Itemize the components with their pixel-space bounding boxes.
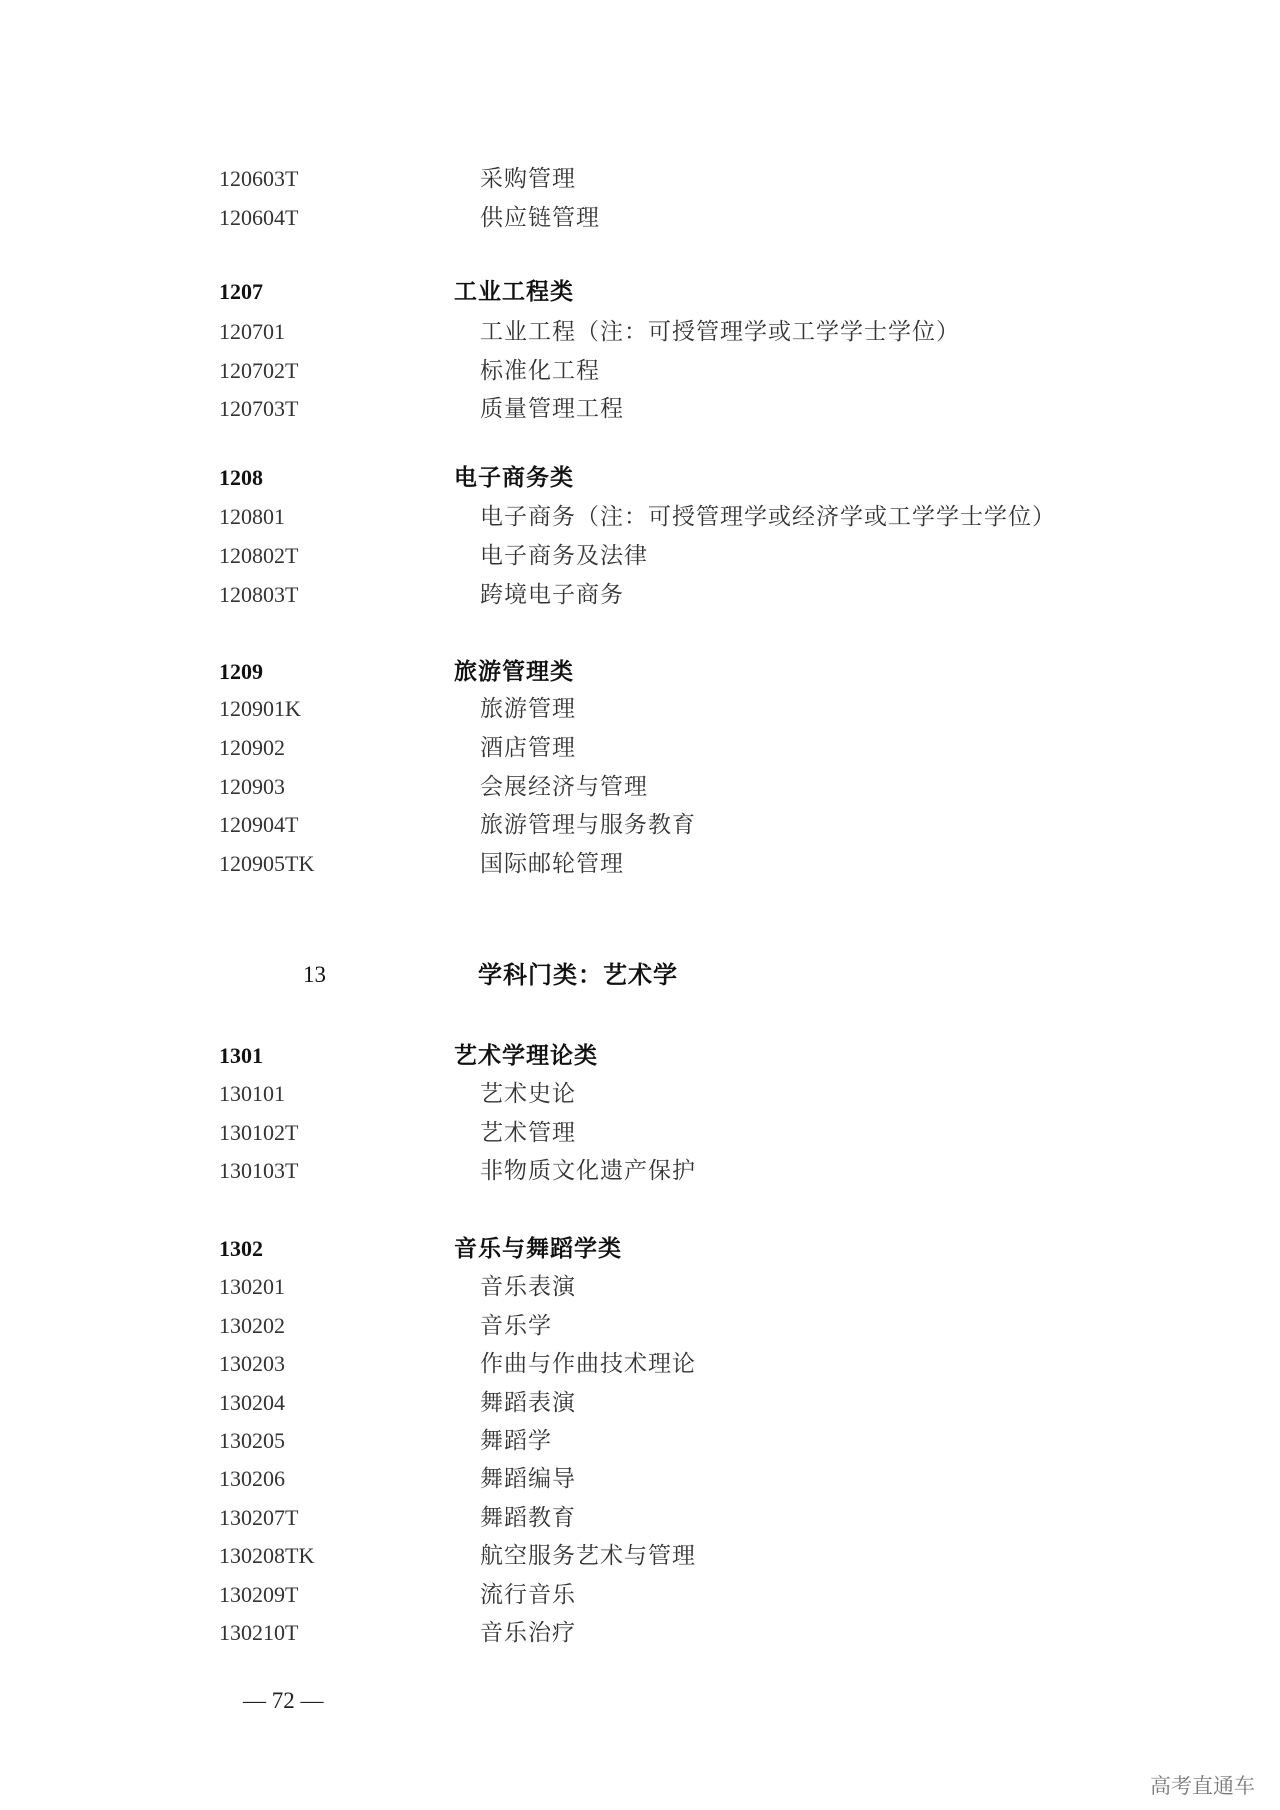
major-code: 130206 — [219, 1464, 285, 1494]
major-name: 作曲与作曲技术理论 — [480, 1349, 696, 1379]
major-row: 130202音乐学 — [0, 1311, 1280, 1341]
major-row: 130209T流行音乐 — [0, 1580, 1280, 1610]
major-row: 120904T旅游管理与服务教育 — [0, 810, 1280, 840]
major-name: 旅游管理与服务教育 — [480, 810, 696, 840]
major-name: 会展经济与管理 — [480, 772, 648, 802]
major-code: 120901K — [219, 694, 301, 724]
major-name: 音乐表演 — [480, 1272, 576, 1302]
major-row: 130207T舞蹈教育 — [0, 1503, 1280, 1533]
discipline-number: 13 — [303, 960, 326, 990]
major-name: 流行音乐 — [480, 1580, 576, 1610]
major-name: 艺术管理 — [480, 1118, 576, 1148]
category-row: 1209旅游管理类 — [0, 657, 1280, 687]
major-name: 艺术史论 — [480, 1079, 576, 1109]
category-name: 艺术学理论类 — [454, 1041, 598, 1071]
category-name: 旅游管理类 — [454, 657, 574, 687]
major-row: 120802T电子商务及法律 — [0, 541, 1280, 571]
major-row: 120703T质量管理工程 — [0, 394, 1280, 424]
major-row: 130210T音乐治疗 — [0, 1618, 1280, 1648]
major-code: 120701 — [219, 317, 285, 347]
major-name: 采购管理 — [480, 164, 576, 194]
major-name: 电子商务（注：可授管理学或经济学或工学学士学位） — [480, 502, 1056, 532]
major-code: 120702T — [219, 356, 298, 386]
discipline-title: 学科门类：艺术学 — [478, 960, 678, 990]
major-code: 120801 — [219, 502, 285, 532]
major-row: 120702T标准化工程 — [0, 356, 1280, 386]
major-row: 130205舞蹈学 — [0, 1426, 1280, 1456]
category-row: 1302音乐与舞蹈学类 — [0, 1234, 1280, 1264]
major-code: 130209T — [219, 1580, 298, 1610]
major-code: 120604T — [219, 203, 298, 233]
major-code: 120803T — [219, 580, 298, 610]
major-code: 130201 — [219, 1272, 285, 1302]
category-name: 电子商务类 — [454, 463, 574, 493]
major-row: 120801电子商务（注：可授管理学或经济学或工学学士学位） — [0, 502, 1280, 532]
category-row: 1208电子商务类 — [0, 463, 1280, 493]
major-row: 120603T采购管理 — [0, 164, 1280, 194]
category-row: 1207工业工程类 — [0, 277, 1280, 307]
major-name: 音乐学 — [480, 1311, 552, 1341]
major-name: 电子商务及法律 — [480, 541, 648, 571]
major-name: 舞蹈教育 — [480, 1503, 576, 1533]
major-code: 130103T — [219, 1156, 298, 1186]
major-row: 130102T艺术管理 — [0, 1118, 1280, 1148]
major-code: 130204 — [219, 1388, 285, 1418]
category-code: 1302 — [219, 1234, 263, 1264]
major-name: 国际邮轮管理 — [480, 849, 624, 879]
major-name: 酒店管理 — [480, 733, 576, 763]
major-code: 120904T — [219, 810, 298, 840]
major-code: 120603T — [219, 164, 298, 194]
major-name: 非物质文化遗产保护 — [480, 1156, 696, 1186]
major-name: 供应链管理 — [480, 203, 600, 233]
major-row: 130201音乐表演 — [0, 1272, 1280, 1302]
category-row: 1301艺术学理论类 — [0, 1041, 1280, 1071]
major-code: 120905TK — [219, 849, 314, 879]
major-row: 120701工业工程（注：可授管理学或工学学士学位） — [0, 317, 1280, 347]
major-code: 120703T — [219, 394, 298, 424]
major-code: 130202 — [219, 1311, 285, 1341]
watermark: 高考直通车 — [1150, 1772, 1255, 1800]
major-name: 工业工程（注：可授管理学或工学学士学位） — [480, 317, 960, 347]
major-name: 航空服务艺术与管理 — [480, 1541, 696, 1571]
major-row: 130203作曲与作曲技术理论 — [0, 1349, 1280, 1379]
major-row: 120803T跨境电子商务 — [0, 580, 1280, 610]
major-row: 120905TK国际邮轮管理 — [0, 849, 1280, 879]
major-name: 舞蹈编导 — [480, 1464, 576, 1494]
major-code: 120802T — [219, 541, 298, 571]
category-name: 音乐与舞蹈学类 — [454, 1234, 622, 1264]
category-code: 1301 — [219, 1041, 263, 1071]
major-row: 130206舞蹈编导 — [0, 1464, 1280, 1494]
major-name: 旅游管理 — [480, 694, 576, 724]
discipline-heading: 13 学科门类：艺术学 — [0, 960, 1280, 990]
major-code: 130203 — [219, 1349, 285, 1379]
major-code: 130205 — [219, 1426, 285, 1456]
major-name: 舞蹈表演 — [480, 1388, 576, 1418]
major-name: 标准化工程 — [480, 356, 600, 386]
major-row: 130103T非物质文化遗产保护 — [0, 1156, 1280, 1186]
major-code: 130102T — [219, 1118, 298, 1148]
major-code: 120903 — [219, 772, 285, 802]
major-name: 跨境电子商务 — [480, 580, 624, 610]
page-number: — 72 — — [243, 1686, 324, 1716]
major-row: 130208TK航空服务艺术与管理 — [0, 1541, 1280, 1571]
category-code: 1209 — [219, 657, 263, 687]
category-code: 1208 — [219, 463, 263, 493]
major-code: 120902 — [219, 733, 285, 763]
major-row: 130101艺术史论 — [0, 1079, 1280, 1109]
major-code: 130207T — [219, 1503, 298, 1533]
major-name: 舞蹈学 — [480, 1426, 552, 1456]
major-row: 120902酒店管理 — [0, 733, 1280, 763]
major-row: 120604T供应链管理 — [0, 203, 1280, 233]
major-code: 130210T — [219, 1618, 298, 1648]
major-row: 120903会展经济与管理 — [0, 772, 1280, 802]
major-row: 120901K旅游管理 — [0, 694, 1280, 724]
major-name: 质量管理工程 — [480, 394, 624, 424]
major-code: 130101 — [219, 1079, 285, 1109]
category-code: 1207 — [219, 277, 263, 307]
major-name: 音乐治疗 — [480, 1618, 576, 1648]
major-row: 130204舞蹈表演 — [0, 1388, 1280, 1418]
category-name: 工业工程类 — [454, 277, 574, 307]
major-code: 130208TK — [219, 1541, 314, 1571]
